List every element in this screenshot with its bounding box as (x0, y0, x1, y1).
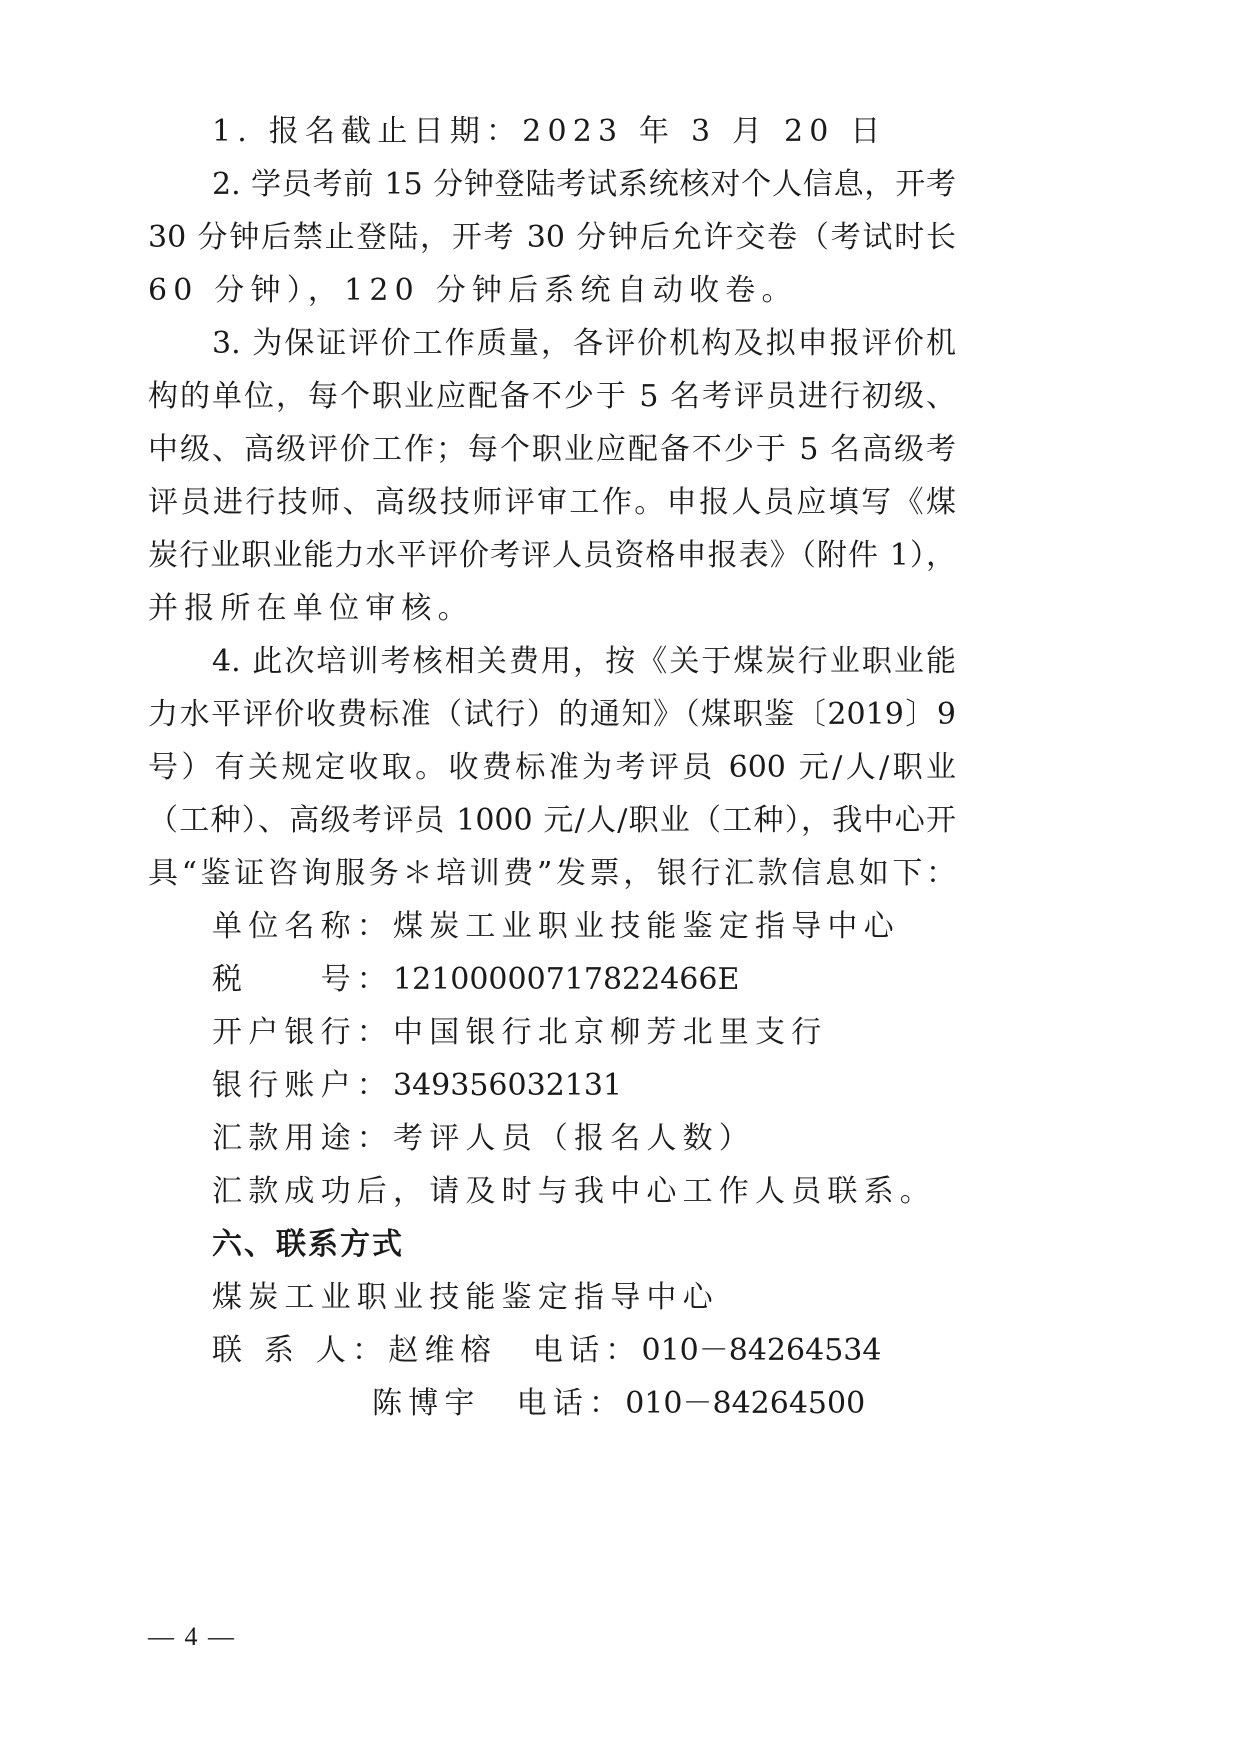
item-2-line-1: 2. 学员考前 15 分钟登陆考试系统核对个人信息，开考 (212, 165, 956, 205)
contact-phone-label-2: 电话： (517, 1386, 626, 1421)
section-6-heading: 六、联系方式 (212, 1225, 404, 1265)
contact-name-1: 赵维榕 (388, 1333, 497, 1368)
bank-tax-id-label: 税 号： (212, 962, 393, 997)
contact-label: 联 系 人： (212, 1333, 388, 1368)
section-6-org: 煤炭工业职业技能鉴定指导中心 (212, 1278, 719, 1318)
bank-account-label: 银行账户： (212, 1068, 393, 1103)
bank-name-row: 开户银行：中国银行北京柳芳北里支行 (212, 1013, 827, 1053)
bank-unit-name-label: 单位名称： (212, 909, 393, 944)
item-3-line-5: 炭行业职业能力水平评价考评人员资格申报表》（附件 1）， (148, 536, 956, 576)
contact-phone-2: 010－84264500 (625, 1386, 865, 1421)
bank-tax-id-row: 税 号：12100000717822466E (212, 960, 739, 1000)
page-number: — 4 — (148, 1622, 236, 1652)
item-4-line-2: 力水平评价收费标准（试行）的通知》（煤职鉴〔2019〕9 (148, 695, 956, 735)
item-2-line-2: 30 分钟后禁止登陆，开考 30 分钟后允许交卷（考试时长 (148, 218, 956, 258)
bank-purpose-label: 汇款用途： (212, 1121, 393, 1156)
bank-name-label: 开户银行： (212, 1015, 393, 1050)
bank-unit-name-value: 煤炭工业职业技能鉴定指导中心 (393, 909, 900, 944)
item-4-line-1: 4. 此次培训考核相关费用，按《关于煤炭行业职业能 (212, 642, 956, 682)
item-3-line-4: 评员进行技师、高级技师评审工作。申报人员应填写《煤 (148, 483, 956, 523)
bank-account-value: 349356032131 (393, 1068, 622, 1103)
bank-name-value: 中国银行北京柳芳北里支行 (393, 1015, 827, 1050)
item-4-line-3: 号）有关规定收取。收费标准为考评员 600 元/人/职业 (148, 748, 956, 788)
item-4-line-5: 具“鉴证咨询服务＊培训费”发票，银行汇款信息如下： (148, 854, 956, 894)
bank-account-row: 银行账户：349356032131 (212, 1066, 622, 1106)
document-page: 1. 报名截止日期：2023 年 3 月 20 日 2. 学员考前 15 分钟登… (0, 0, 1240, 1754)
bank-purpose-row: 汇款用途：考评人员（报名人数） (212, 1119, 755, 1159)
contact-phone-label-1: 电话： (533, 1333, 642, 1368)
item-3-line-6: 并报所在单位审核。 (148, 589, 474, 629)
bank-tax-id-value: 12100000717822466E (393, 962, 739, 997)
item-3-line-1: 3. 为保证评价工作质量，各评价机构及拟申报评价机 (212, 324, 956, 364)
contact-row-2: 陈博宇电话：010－84264500 (372, 1384, 865, 1424)
item-2-line-3: 60 分钟），120 分钟后系统自动收卷。 (148, 271, 798, 311)
item-4-line-4: （工种）、高级考评员 1000 元/人/职业（工种），我中心开 (148, 801, 956, 841)
item-3-line-2: 构的单位，每个职业应配备不少于 5 名考评员进行初级、 (148, 377, 956, 417)
bank-unit-name-row: 单位名称：煤炭工业职业技能鉴定指导中心 (212, 907, 900, 947)
contact-row-1: 联 系 人：赵维榕电话：010－84264534 (212, 1331, 881, 1371)
bank-purpose-value: 考评人员（报名人数） (393, 1121, 755, 1156)
item-1-deadline: 1. 报名截止日期：2023 年 3 月 20 日 (212, 112, 886, 152)
contact-name-2: 陈博宇 (372, 1386, 481, 1421)
contact-phone-1: 010－84264534 (642, 1333, 882, 1368)
item-3-line-3: 中级、高级评价工作；每个职业应配备不少于 5 名高级考 (148, 430, 956, 470)
bank-note: 汇款成功后，请及时与我中心工作人员联系。 (212, 1172, 936, 1212)
